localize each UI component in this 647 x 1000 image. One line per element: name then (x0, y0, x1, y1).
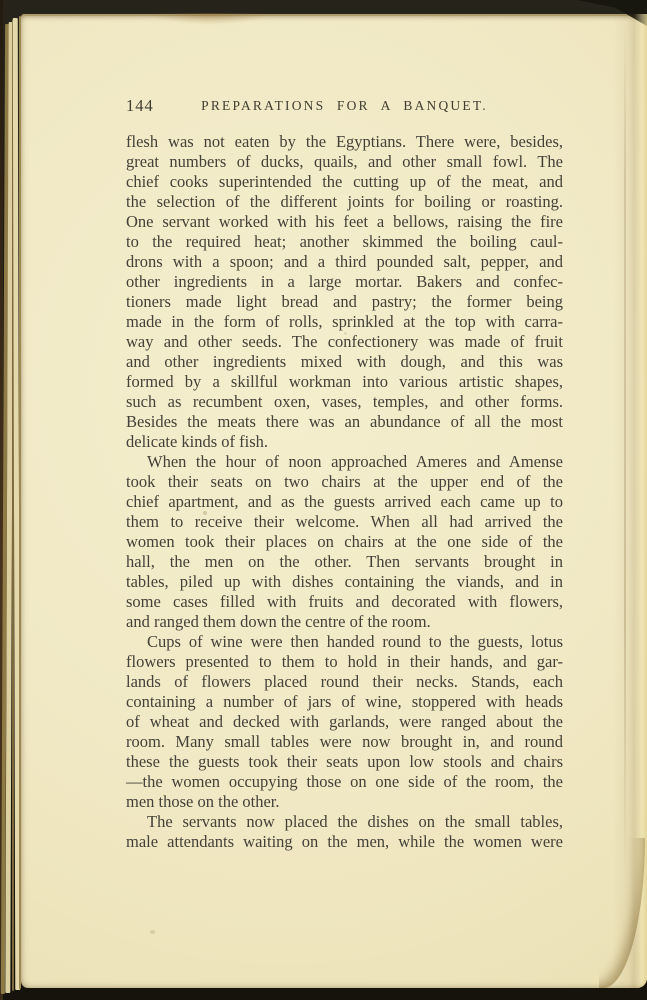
running-title: PREPARATIONS FOR A BANQUET. (126, 96, 563, 114)
paper-speck (150, 930, 155, 934)
text-line: flesh was not eaten by the Egyptians. Th… (126, 132, 563, 152)
paragraph: flesh was not eaten by the Egyptians. Th… (126, 132, 563, 452)
text-line: flowers presented to them to hold in the… (126, 652, 563, 672)
text-line: hall, the men on the other. Then servant… (126, 552, 563, 572)
text-line: and other ingredients mixed with dough, … (126, 352, 563, 372)
text-line: One servant worked with his feet a bello… (126, 212, 563, 232)
text-line: made in the form of rolls, sprinkled at … (126, 312, 563, 332)
text-line: some cases filled with fruits and decora… (126, 592, 563, 612)
text-line: to the required heat; another skimmed th… (126, 232, 563, 252)
page-number: 144 (126, 96, 154, 116)
text-line: drons with a spoon; and a third pounded … (126, 252, 563, 272)
text-line: When the hour of noon approached Ameres … (126, 452, 563, 472)
text-line: Cups of wine were then handed round to t… (126, 632, 563, 652)
text-line: formed by a skillful workman into variou… (126, 372, 563, 392)
text-line: great numbers of ducks, quails, and othe… (126, 152, 563, 172)
page-crease-line (624, 30, 626, 880)
text-line: The servants now placed the dishes on th… (126, 812, 563, 832)
text-line: these the guests took their seats upon l… (126, 752, 563, 772)
paragraph: Cups of wine were then handed round to t… (126, 632, 563, 812)
page-header: 144 PREPARATIONS FOR A BANQUET. (126, 96, 563, 114)
text-line: them to receive their welcome. When all … (126, 512, 563, 532)
text-line: other ingredients in a large mortar. Bak… (126, 272, 563, 292)
text-line: chief apartment, and as the guests arriv… (126, 492, 563, 512)
text-line: male attendants waiting on the men, whil… (126, 832, 563, 852)
text-line: Besides the meats there was an abundance… (126, 412, 563, 432)
text-line: —the women occupying those on one side o… (126, 772, 563, 792)
text-line: men those on the other. (126, 792, 563, 812)
text-line: took their seats on two chairs at the up… (126, 472, 563, 492)
paper-smudge (150, 13, 270, 25)
text-line: and ranged them down the centre of the r… (126, 612, 563, 632)
text-line: room. Many small tables were now brought… (126, 732, 563, 752)
text-line: lands of flowers placed round their neck… (126, 672, 563, 692)
paragraph: When the hour of noon approached Ameres … (126, 452, 563, 632)
text-line: such as recumbent oxen, vases, temples, … (126, 392, 563, 412)
book-page-photo: 144 PREPARATIONS FOR A BANQUET. flesh wa… (0, 0, 647, 1000)
text-line: women took their places on chairs at the… (126, 532, 563, 552)
text-line: tables, piled up with dishes containing … (126, 572, 563, 592)
text-line: tioners made light bread and pastry; the… (126, 292, 563, 312)
paragraph: The servants now placed the dishes on th… (126, 812, 563, 852)
text-line: chief cooks superintended the cutting up… (126, 172, 563, 192)
text-block: flesh was not eaten by the Egyptians. Th… (126, 132, 563, 852)
text-line: containing a number of jars of wine, sto… (126, 692, 563, 712)
text-line: of wheat and decked with garlands, were … (126, 712, 563, 732)
text-line: way and other seeds. The confectionery w… (126, 332, 563, 352)
text-line: delicate kinds of fish. (126, 432, 563, 452)
text-line: the selection of the different joints fo… (126, 192, 563, 212)
